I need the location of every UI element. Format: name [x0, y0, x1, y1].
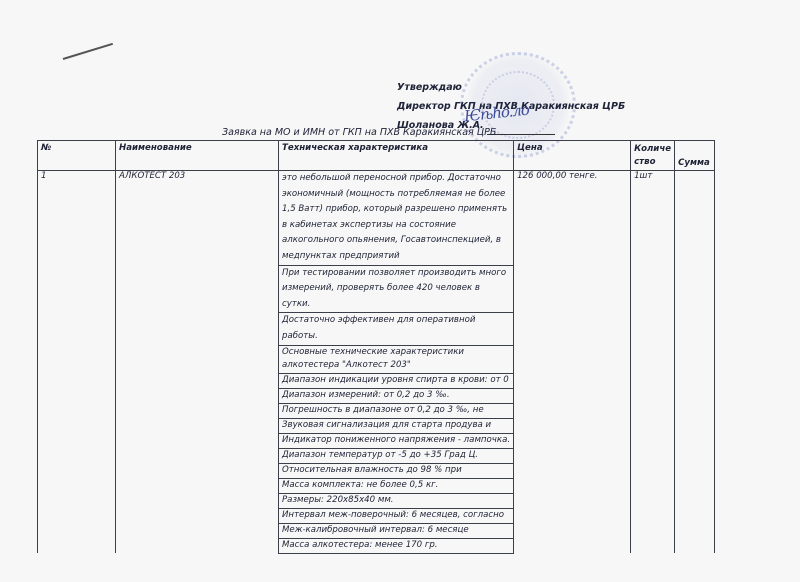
signature-line [487, 124, 555, 135]
header-price: Цена [514, 141, 631, 171]
cell-qty: 1шт [631, 171, 675, 554]
cell-num: 1 [38, 171, 116, 554]
spec-cell: Индикатор пониженного напряжения - лампо… [279, 433, 514, 448]
document-title: Заявка на МО и ИМН от ГКП на ПХВ Каракия… [222, 127, 496, 138]
spec-cell: Диапазон индикации уровня спирта в крови… [279, 373, 514, 388]
spec-cell: это небольшой переносной прибор. Достато… [279, 171, 514, 266]
scan-pen-mark [63, 43, 113, 60]
spec-cell: При тестировании позволяет производить м… [279, 265, 514, 313]
spec-cell: Относительная влажность до 98 % при [279, 463, 514, 478]
header-qty-line2: ство [634, 157, 655, 167]
spec-cell: Масса алкотестера: менее 170 гр. [279, 538, 514, 553]
header-qty: Количество [631, 141, 675, 171]
header-sum: Сумма [675, 141, 715, 171]
header-tech: Техническая характеристика [279, 141, 514, 171]
spec-cell: Основные технические характеристики алко… [279, 345, 514, 373]
header-num: № [38, 141, 116, 171]
spec-cell: Диапазон измерений: от 0,2 до 3 ‰. [279, 388, 514, 403]
spec-cell: Масса комплекта: не более 0,5 кг. [279, 478, 514, 493]
spec-cell: Диапазон температур от -5 до +35 Град Ц. [279, 448, 514, 463]
table-header-row: № Наименование Техническая характеристик… [38, 141, 715, 171]
header-name: Наименование [116, 141, 279, 171]
spec-cell: Достаточно эффективен для оперативной ра… [279, 313, 514, 345]
cell-price: 126 000,00 тенге. [514, 171, 631, 554]
spec-cell: Звуковая сигнализация для старта продува… [279, 418, 514, 433]
cell-name: АЛКОТЕСТ 203 [116, 171, 279, 554]
spec-cell: Меж-калибровочный интервал: 6 месяце [279, 523, 514, 538]
spec-cell: Интервал меж-поверочный: 6 месяцев, согл… [279, 508, 514, 523]
table-row: 1 АЛКОТЕСТ 203 это небольшой переносной … [38, 171, 715, 266]
approval-label: Утверждаю [397, 78, 625, 97]
spec-cell: Погрешность в диапазоне от 0,2 до 3 ‰, н… [279, 403, 514, 418]
cell-sum [675, 171, 715, 554]
header-qty-line1: Количе [634, 144, 671, 154]
spec-cell: Размеры: 220х85х40 мм. [279, 493, 514, 508]
request-table: № Наименование Техническая характеристик… [37, 140, 715, 554]
